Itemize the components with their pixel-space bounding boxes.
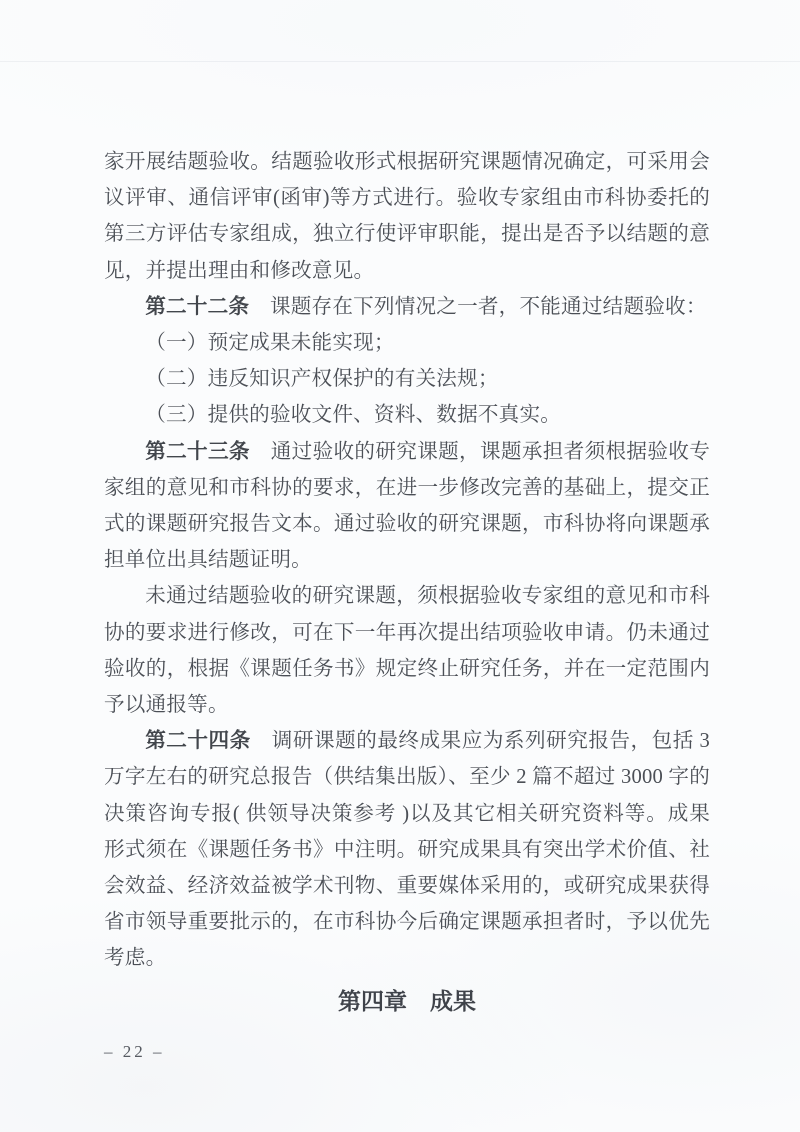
paragraph-text: （一）预定成果未能实现； (145, 332, 395, 354)
list-item-2: （二）违反知识产权保护的有关法规； (104, 361, 710, 397)
document-content: 家开展结题验收。结题验收形式根据研究课题情况确定，可采用会议评审、通信评审(函审… (104, 144, 710, 977)
paragraph-text: 未通过结题验收的研究课题，须根据验收专家组的意见和市科协的要求进行修改，可在下一… (104, 585, 710, 716)
paragraph-article-22: 第二十二条 课题存在下列情况之一者，不能通过结题验收： (104, 289, 710, 325)
paragraph-article-23: 第二十三条 通过验收的研究课题，课题承担者须根据验收专家组的意见和市科协的要求，… (104, 434, 710, 579)
article-term: 第二十二条 (145, 296, 249, 318)
paragraph-text: 家开展结题验收。结题验收形式根据研究课题情况确定，可采用会议评审、通信评审(函审… (104, 151, 710, 282)
paragraph-text: （二）违反知识产权保护的有关法规； (145, 368, 499, 390)
paragraph-text: （三）提供的验收文件、资料、数据不真实。 (145, 404, 561, 426)
paragraph-article-24: 第二十四条 调研课题的最终成果应为系列研究报告，包括 3 万字左右的研究总报告（… (104, 723, 710, 976)
paragraph: 家开展结题验收。结题验收形式根据研究课题情况确定，可采用会议评审、通信评审(函审… (104, 144, 710, 289)
scanned-document-page: 家开展结题验收。结题验收形式根据研究课题情况确定，可采用会议评审、通信评审(函审… (0, 0, 800, 1132)
list-item-1: （一）预定成果未能实现； (104, 325, 710, 361)
chapter-heading: 第四章 成果 (104, 984, 710, 1020)
list-item-3: （三）提供的验收文件、资料、数据不真实。 (104, 397, 710, 433)
scan-artifact-line (0, 61, 800, 62)
paragraph-text: 调研课题的最终成果应为系列研究报告，包括 3 万字左右的研究总报告（供结集出版）… (104, 730, 710, 969)
paragraph-text: 课题存在下列情况之一者，不能通过结题验收： (249, 296, 706, 318)
paragraph: 未通过结题验收的研究课题，须根据验收专家组的意见和市科协的要求进行修改，可在下一… (104, 578, 710, 723)
page-number: – 22 – (104, 1042, 165, 1062)
article-term: 第二十三条 (145, 441, 250, 463)
article-term: 第二十四条 (145, 730, 251, 752)
